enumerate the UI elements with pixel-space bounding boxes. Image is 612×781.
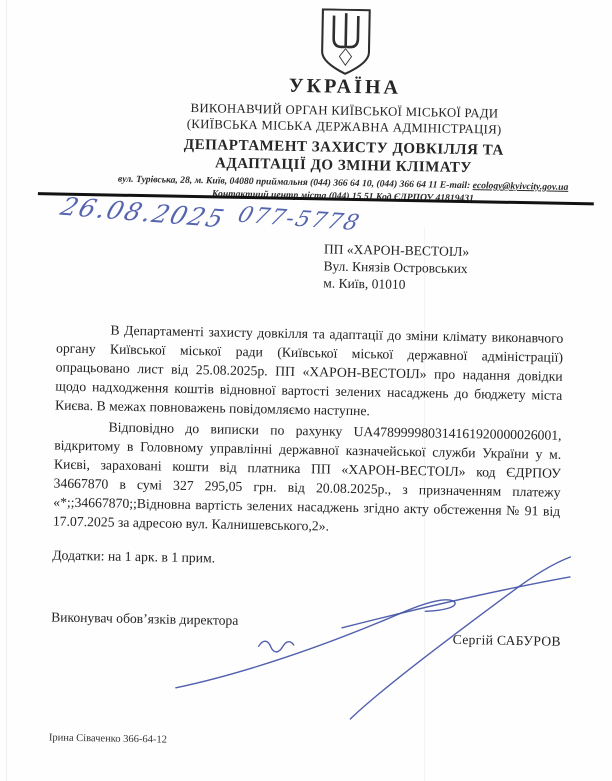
signature-stroke xyxy=(350,553,570,723)
recipient-street: Вул. Князів Островських xyxy=(323,258,469,277)
handwritten-ref-number: 077-5778 xyxy=(235,203,364,236)
body-paragraph-1: В Департаменті захисту довкілля та адапт… xyxy=(55,320,564,424)
letter-body: В Департаменті захисту довкілля та адапт… xyxy=(52,320,563,574)
handwritten-signature-icon xyxy=(157,545,580,733)
signature-stroke xyxy=(259,641,294,652)
letterhead: УКРАЇНА ВИКОНАВЧИЙ ОРГАН КИЇВСЬКОЇ МІСЬК… xyxy=(70,4,612,208)
body-paragraph-2: Відповідно до виписки по рахунку UA47899… xyxy=(53,417,562,540)
recipient-block: ПП «ХАРОН-ВЕСТОІЛ» Вул. Князів Островськ… xyxy=(323,241,469,294)
country-title: УКРАЇНА xyxy=(72,71,612,103)
email-link: ecology@kyivcity.gov.ua xyxy=(473,180,569,193)
trident-coat-of-arms-icon xyxy=(319,8,372,75)
letter-sheet: УКРАЇНА ВИКОНАВЧИЙ ОРГАН КИЇВСЬКОЇ МІСЬК… xyxy=(0,0,612,781)
recipient-city: м. Київ, 01010 xyxy=(323,275,469,294)
executor-contact: Ірина Сіваченко 366-64-12 xyxy=(49,732,167,745)
scanned-letter-page: УКРАЇНА ВИКОНАВЧИЙ ОРГАН КИЇВСЬКОЇ МІСЬК… xyxy=(0,0,612,781)
